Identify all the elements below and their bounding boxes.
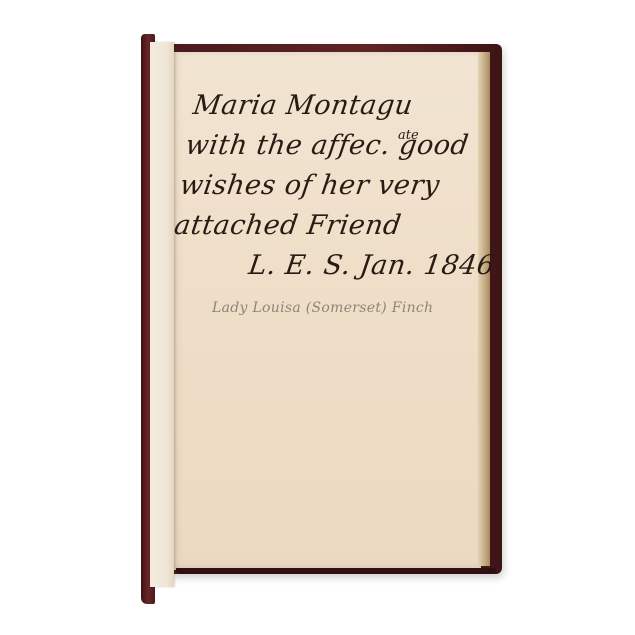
handwritten-inscription: Maria Montagu with the affec. good wishe… [166,86,494,286]
inscription-line: with the affec. good [183,126,489,166]
inscription-signature-date: L. E. S. Jan. 1846. [166,246,472,286]
front-pastedown [150,42,174,587]
inscription-line: attached Friend [172,206,478,246]
cover-bottom-edge [176,568,496,574]
inscription-superscript: ate [398,128,419,143]
inscription-line: wishes of her very [177,166,483,206]
book-photo: Maria Montagu with the affec. good wishe… [0,0,635,635]
inscription-line: Maria Montagu [188,86,494,126]
pencil-attribution-note: Lady Louisa (Somerset) Finch [212,300,433,316]
